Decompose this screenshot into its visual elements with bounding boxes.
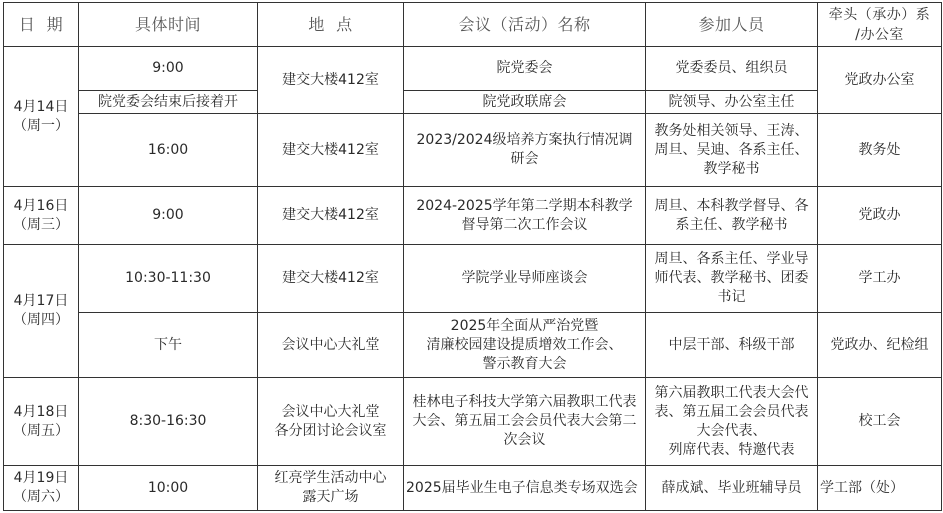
weekday-text: （周四） [6,311,76,330]
table-row: 16:00 建交大楼412室 2023/2024级培养方案执行情况调研会 教务处… [4,114,942,187]
organizer-cell: 校工会 [818,378,942,466]
date-text: 4月16日 [6,197,76,216]
date-cell: 4月16日 （周三） [4,187,79,245]
weekday-text: （周一） [6,117,76,136]
table-row: 4月17日 （周四） 10:30-11:30 建交大楼412室 学院学业导师座谈… [4,245,942,313]
header-date: 日 期 [4,3,79,47]
place-cell: 建交大楼412室 [258,114,404,187]
organizer-cell: 学工部（处） [818,466,942,511]
weekday-text: （周三） [6,216,76,235]
header-organizer-line2: /办公室 [820,25,939,45]
meeting-schedule-table: 日 期 具体时间 地 点 会议（活动）名称 参加人员 牵头（承办）系 /办公室 … [3,2,942,511]
attendees-cell: 周旦、各系主任、学业导师代表、教学秘书、团委书记 [646,245,818,313]
place-line: 露天广场 [260,488,401,507]
meeting-name-cell: 2024-2025学年第二学期本科教学督导第二次工作会议 [404,187,646,245]
header-attendees: 参加人员 [646,3,818,47]
meeting-name-cell: 2025年全面从严治党暨 清廉校园建设提质增效工作会、 警示教育大会 [404,313,646,378]
meeting-name-line: 2025年全面从严治党暨 [404,317,645,336]
header-row: 日 期 具体时间 地 点 会议（活动）名称 参加人员 牵头（承办）系 /办公室 [4,3,942,47]
time-cell: 下午 [79,313,258,378]
time-cell: 9:00 [79,47,258,91]
organizer-cell: 教务处 [818,114,942,187]
weekday-text: （周六） [6,488,76,507]
header-organizer: 牵头（承办）系 /办公室 [818,3,942,47]
meeting-name-cell: 院党委会 [404,47,646,91]
organizer-cell: 学工办 [818,245,942,313]
attendees-line: 第六届教职工代表大会代表、第五届工会会员代表大会代表、 [652,384,811,441]
date-cell: 4月14日 （周一） [4,47,79,187]
meeting-name-cell: 院党政联席会 [404,91,646,114]
attendees-cell: 薛成斌、毕业班辅导员 [646,466,818,511]
attendees-line: 列席代表、特邀代表 [652,441,811,460]
time-cell: 10:30-11:30 [79,245,258,313]
table-row: 4月19日 （周六） 10:00 红亮学生活动中心 露天广场 2025届毕业生电… [4,466,942,511]
attendees-cell: 党委委员、组织员 [646,47,818,91]
place-cell: 会议中心大礼堂 [258,313,404,378]
table-row: 4月18日 （周五） 8:30-16:30 会议中心大礼堂 各分团讨论会议室 桂… [4,378,942,466]
header-organizer-line1: 牵头（承办）系 [820,5,939,25]
attendees-cell: 第六届教职工代表大会代表、第五届工会会员代表大会代表、 列席代表、特邀代表 [646,378,818,466]
date-text: 4月14日 [6,98,76,117]
meeting-name-line: 警示教育大会 [404,355,645,374]
attendees-cell: 中层干部、科级干部 [646,313,818,378]
meeting-name-cell: 学院学业导师座谈会 [404,245,646,313]
time-cell: 10:00 [79,466,258,511]
attendees-cell: 院领导、办公室主任 [646,91,818,114]
table-row: 4月14日 （周一） 9:00 建交大楼412室 院党委会 党委委员、组织员 党… [4,47,942,91]
time-cell: 8:30-16:30 [79,378,258,466]
organizer-cell: 党政办 [818,187,942,245]
table-row: 4月16日 （周三） 9:00 建交大楼412室 2024-2025学年第二学期… [4,187,942,245]
place-line: 红亮学生活动中心 [260,469,401,488]
meeting-name-cell: 桂林电子科技大学第六届教职工代表大会、第五届工会会员代表大会第二次会议 [404,378,646,466]
date-cell: 4月17日 （周四） [4,245,79,378]
time-cell: 9:00 [79,187,258,245]
header-place: 地 点 [258,3,404,47]
meeting-name-cell: 2025届毕业生电子信息类专场双选会 [404,466,646,511]
weekday-text: （周五） [6,422,76,441]
organizer-cell: 党政办公室 [818,47,942,114]
time-cell: 16:00 [79,114,258,187]
organizer-cell: 党政办、纪检组 [818,313,942,378]
attendees-cell: 周旦、本科教学督导、各系主任、教学秘书 [646,187,818,245]
header-time: 具体时间 [79,3,258,47]
place-line: 会议中心大礼堂 [260,403,401,422]
date-text: 4月19日 [6,469,76,488]
meeting-name-cell: 2023/2024级培养方案执行情况调研会 [404,114,646,187]
time-cell: 院党委会结束后接着开 [79,91,258,114]
table-row: 下午 会议中心大礼堂 2025年全面从严治党暨 清廉校园建设提质增效工作会、 警… [4,313,942,378]
meeting-name-line: 清廉校园建设提质增效工作会、 [404,336,645,355]
date-cell: 4月19日 （周六） [4,466,79,511]
place-cell: 会议中心大礼堂 各分团讨论会议室 [258,378,404,466]
date-cell: 4月18日 （周五） [4,378,79,466]
place-cell: 建交大楼412室 [258,187,404,245]
table-row: 院党委会结束后接着开 院党政联席会 院领导、办公室主任 [4,91,942,114]
place-cell: 红亮学生活动中心 露天广场 [258,466,404,511]
place-cell: 建交大楼412室 [258,47,404,114]
header-meeting-name: 会议（活动）名称 [404,3,646,47]
date-text: 4月18日 [6,403,76,422]
place-cell: 建交大楼412室 [258,245,404,313]
place-line: 各分团讨论会议室 [260,422,401,441]
attendees-cell: 教务处相关领导、王涛、周旦、吴迪、各系主任、教学秘书 [646,114,818,187]
date-text: 4月17日 [6,292,76,311]
